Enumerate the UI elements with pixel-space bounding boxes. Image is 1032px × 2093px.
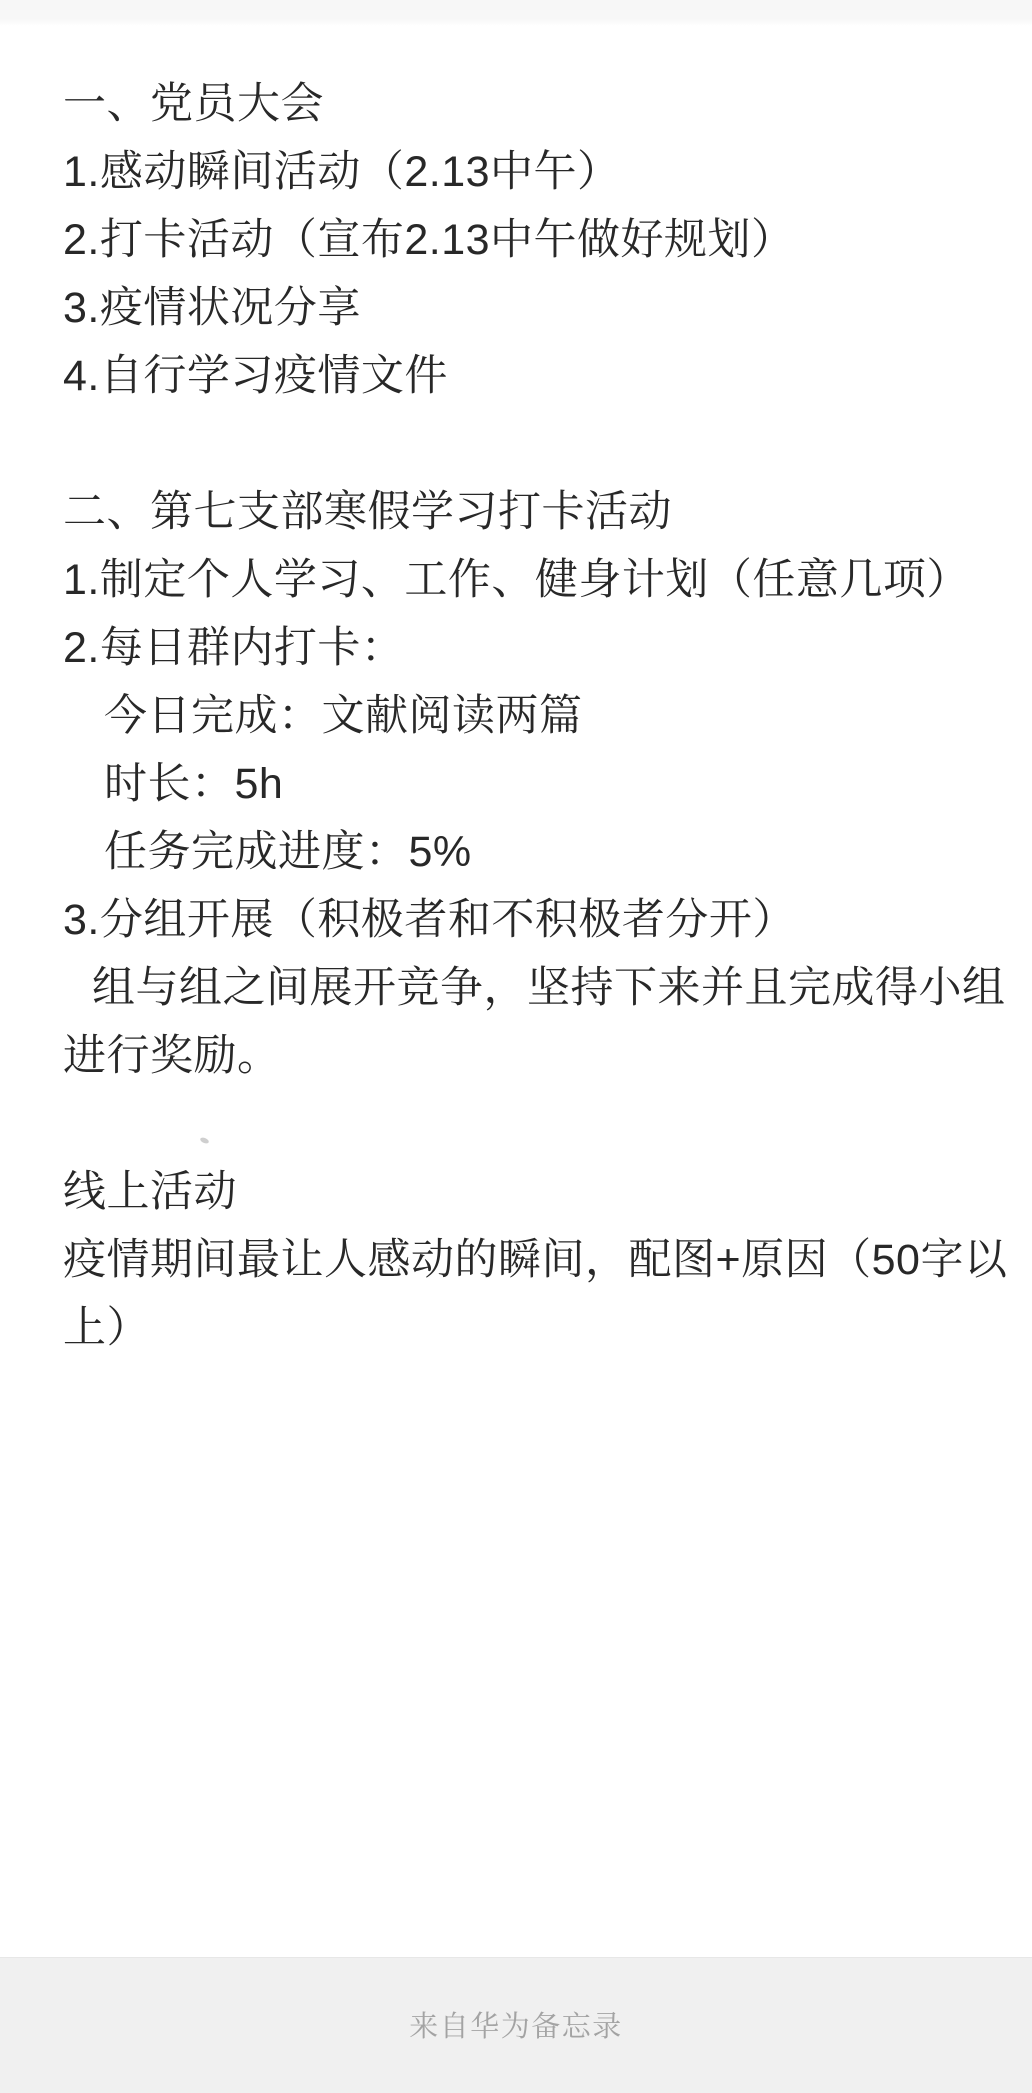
note-line: 一、党员大会 [0, 70, 1032, 138]
note-line: 疫情期间最让人感动的瞬间，配图+原因（50字以 [0, 1226, 1032, 1294]
note-line: 时长：5h [0, 750, 1032, 818]
note-line: 3.疫情状况分享 [0, 274, 1032, 342]
note-line: 上） [0, 1294, 1032, 1362]
note-line: 今日完成：文献阅读两篇 [0, 682, 1032, 750]
note-line: 线上活动 [0, 1158, 1032, 1226]
note-line: 进行奖励。 [0, 1022, 1032, 1090]
note-blank-line [0, 410, 1032, 478]
note-blank-line [0, 1090, 1032, 1158]
note-line: 2.打卡活动（宣布2.13中午做好规划） [0, 206, 1032, 274]
note-line: 二、第七支部寒假学习打卡活动 [0, 478, 1032, 546]
note-body: 一、党员大会1.感动瞬间活动（2.13中午）2.打卡活动（宣布2.13中午做好规… [0, 70, 1032, 1362]
note-line: 组与组之间展开竞争，坚持下来并且完成得小组 [0, 954, 1032, 1022]
note-line: 4.自行学习疫情文件 [0, 342, 1032, 410]
footer-bar: 来自华为备忘录 [0, 1957, 1032, 2093]
note-line: 任务完成进度：5% [0, 818, 1032, 886]
note-line: 3.分组开展（积极者和不积极者分开） [0, 886, 1032, 954]
top-status-band [0, 0, 1032, 26]
note-line: 1.制定个人学习、工作、健身计划（任意几项） [0, 546, 1032, 614]
footer-source-label: 来自华为备忘录 [0, 2004, 1032, 2045]
note-line: 2.每日群内打卡： [0, 614, 1032, 682]
note-line: 1.感动瞬间活动（2.13中午） [0, 138, 1032, 206]
